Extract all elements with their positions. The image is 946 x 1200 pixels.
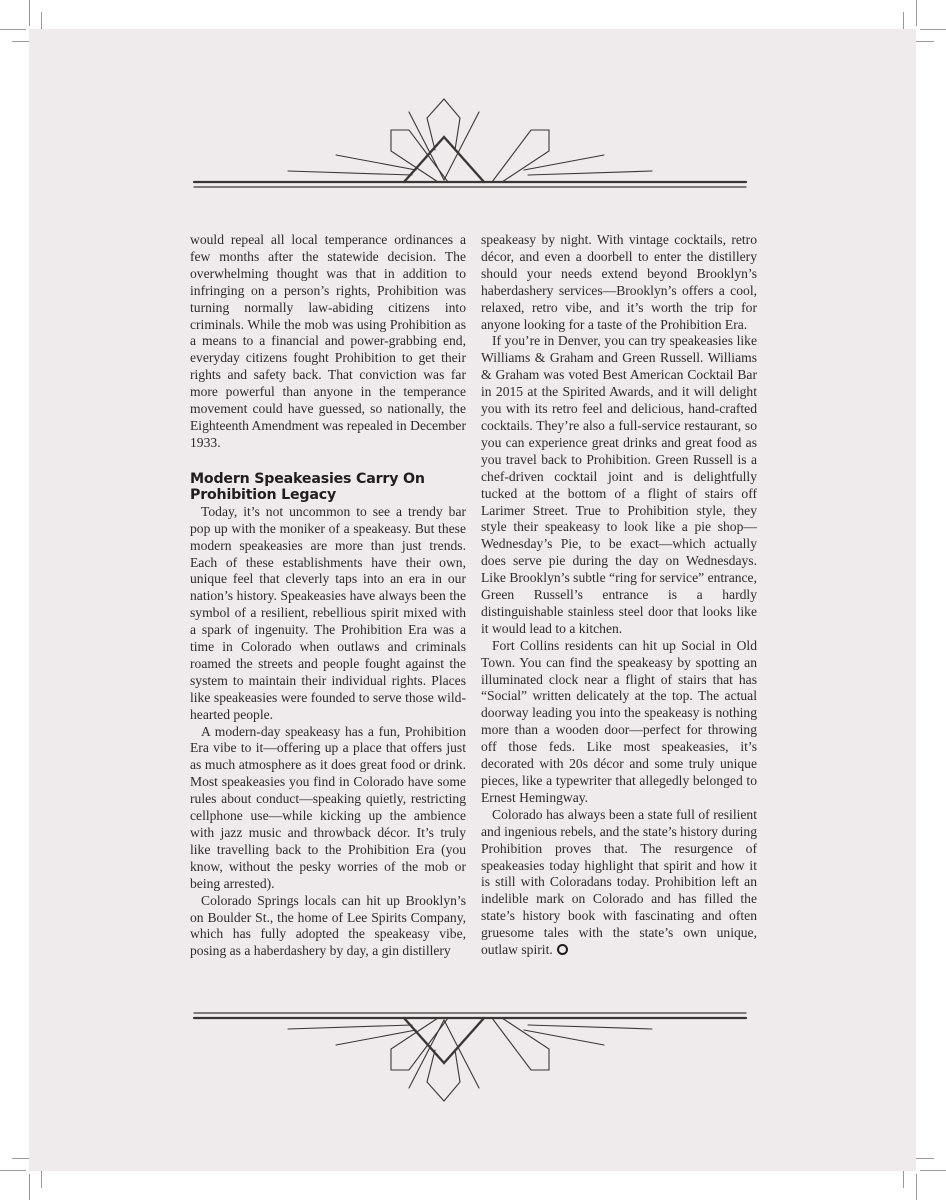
crop-mark bbox=[29, 0, 30, 26]
final-paragraph-text: Colorado has always been a state full of… bbox=[481, 807, 757, 957]
crop-mark bbox=[29, 1174, 30, 1200]
body-paragraph: would repeal all local temperance ordina… bbox=[190, 232, 466, 452]
crop-mark bbox=[0, 1170, 26, 1171]
bottom-art-deco-ornament-icon bbox=[180, 1000, 760, 1110]
body-paragraph: Fort Collins residents can hit up Social… bbox=[481, 638, 757, 807]
section-heading: Modern Speakeasies Carry On Prohibition … bbox=[190, 471, 466, 503]
body-paragraph: speakeasy by night. With vintage cocktai… bbox=[481, 232, 757, 333]
final-paragraph: Colorado has always been a state full of… bbox=[481, 807, 757, 959]
top-art-deco-ornament-icon bbox=[180, 90, 760, 200]
crop-mark bbox=[920, 29, 946, 30]
article-left-column: would repeal all local temperance ordina… bbox=[190, 232, 466, 960]
end-of-article-ring-icon bbox=[557, 944, 568, 955]
body-paragraph: Colorado Springs locals can hit up Brook… bbox=[190, 893, 466, 961]
crop-mark bbox=[916, 1174, 917, 1200]
body-paragraph: If you’re in Denver, you can try speakea… bbox=[481, 333, 757, 637]
body-paragraph: Today, it’s not uncommon to see a trendy… bbox=[190, 504, 466, 724]
crop-mark bbox=[920, 1170, 946, 1171]
crop-mark bbox=[0, 29, 26, 30]
body-paragraph: A modern-day speakeasy has a fun, Prohib… bbox=[190, 724, 466, 893]
crop-mark bbox=[916, 0, 917, 26]
article-right-column: speakeasy by night. With vintage cocktai… bbox=[481, 232, 757, 959]
